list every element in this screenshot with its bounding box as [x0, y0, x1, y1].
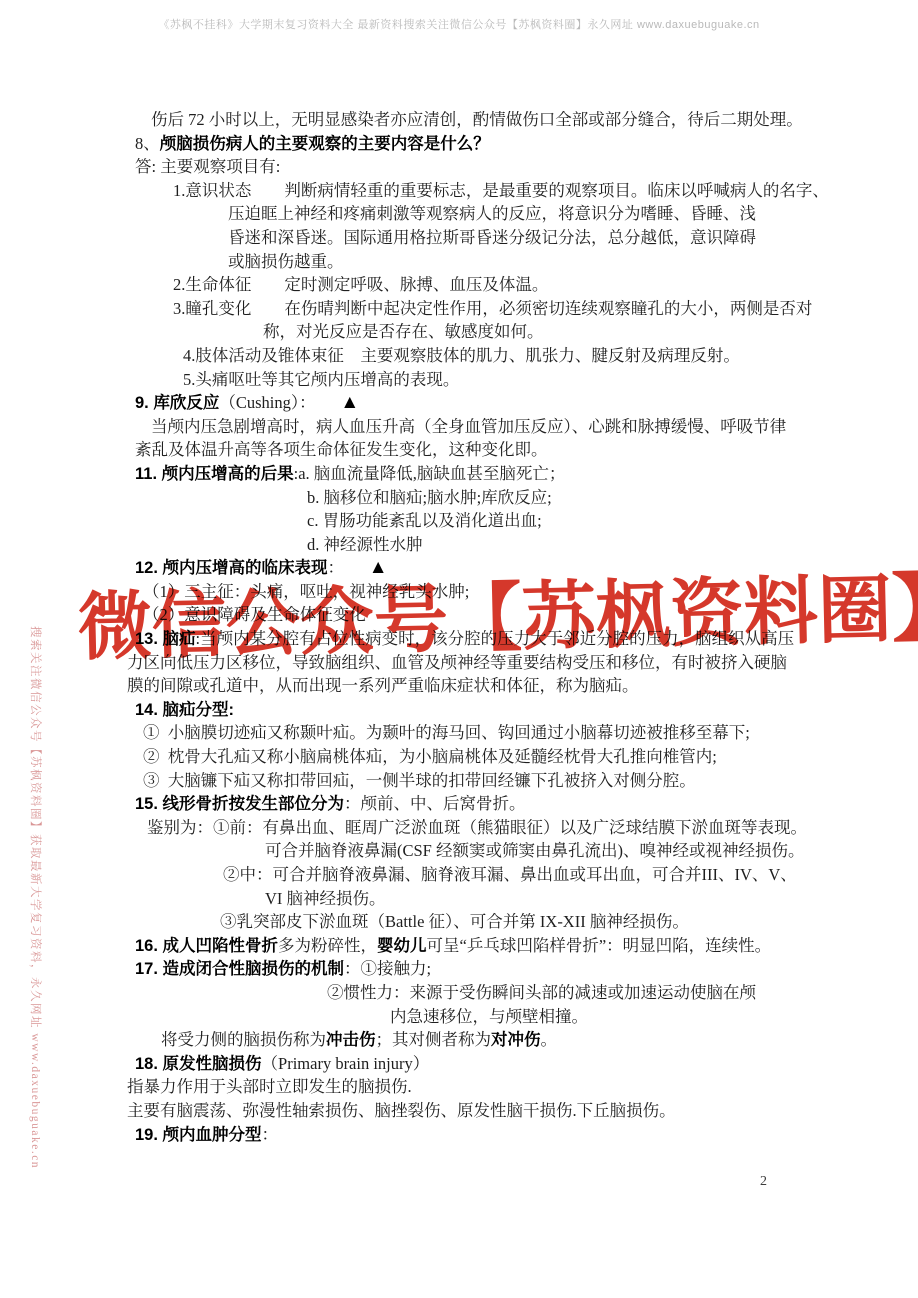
triangle-marker: ▲: [369, 557, 388, 578]
text-segment: 17. 造成闭合性脑损伤的机制: [135, 960, 344, 978]
document-line: 伤后 72 小时以上，无明显感染者亦应清创，酌情做伤口全部或部分缝合，待后二期处…: [151, 108, 835, 132]
document-line: ① 小脑膜切迹疝又称颞叶疝。为颞叶的海马回、钩回通过小脑幕切迹被推移至幕下;: [143, 721, 835, 745]
text-segment: 婴幼儿: [377, 937, 427, 955]
center-red-watermark: 微信公众号【苏枫资料圈】: [77, 572, 918, 666]
document-line: 3.瞳孔变化 在伤晴判断中起决定性作用，必须密切连续观察瞳孔的大小，两侧是否对: [173, 297, 835, 321]
document-line: 16. 成人凹陷性骨折多为粉碎性，婴幼儿可呈“乒乓球凹陷样骨折”：明显凹陷，连续…: [135, 934, 835, 958]
document-line: ②中：可合并脑脊液鼻漏、脑脊液耳漏、鼻出血或耳出血，可合并III、IV、V、: [223, 863, 835, 887]
text-segment: 14. 脑疝分型:: [135, 701, 234, 719]
text-segment: VI 脑神经损伤。: [265, 889, 386, 908]
text-segment: 12. 颅内压增高的临床表现: [135, 559, 328, 577]
text-segment: d. 神经源性水肿: [307, 535, 423, 554]
document-line: 5.头痛呕吐等其它颅内压增高的表现。: [183, 368, 835, 392]
text-segment: 16. 成人凹陷性骨折: [135, 937, 278, 955]
text-segment: 19. 颅内血肿分型: [135, 1126, 262, 1144]
document-line: 4.肢体活动及锥体束征 主要观察肢体的肌力、肌张力、腱反射及病理反射。: [183, 344, 835, 368]
document-line: 17. 造成闭合性脑损伤的机制：①接触力;: [135, 957, 835, 981]
text-segment: ② 枕骨大孔疝又称小脑扁桃体疝，为小脑扁桃体及延髓经枕骨大孔推向椎管内;: [143, 747, 717, 766]
document-line: 可合并脑脊液鼻漏(CSF 经额窦或筛窦由鼻孔流出)、嗅神经或视神经损伤。: [265, 839, 835, 863]
text-segment: 1.意识状态 判断病情轻重的重要标志，是最重要的观察项目。临床以呼喊病人的名字、: [173, 181, 829, 200]
text-segment: 2.生命体征 定时测定呼吸、脉搏、血压及体温。: [173, 275, 548, 294]
text-segment: 或脑损伤越重。: [228, 252, 344, 271]
document-line: 或脑损伤越重。: [228, 250, 835, 274]
text-segment: ：: [262, 1125, 279, 1144]
text-segment: c. 胃肠功能紊乱以及消化道出血;: [307, 511, 542, 530]
text-segment: 可合并脑脊液鼻漏(CSF 经额窦或筛窦由鼻孔流出)、嗅神经或视神经损伤。: [265, 841, 804, 860]
text-segment: 15. 线形骨折按发生部位分为: [135, 795, 344, 813]
text-segment: b. 脑移位和脑疝;脑水肿;库欣反应;: [307, 488, 552, 507]
document-line: 2.生命体征 定时测定呼吸、脉搏、血压及体温。: [173, 273, 835, 297]
text-segment: ：①接触力;: [344, 959, 431, 978]
text-segment: 冲击伤: [326, 1031, 376, 1049]
document-line: 9. 库欣反应（Cushing）： ▲: [135, 391, 835, 415]
text-segment: ③乳突部皮下淤血斑（Battle 征）、可合并第 IX-XII 脑神经损伤。: [220, 912, 689, 931]
document-line: 18. 原发性脑损伤（Primary brain injury）: [135, 1052, 835, 1076]
document-line: 膜的间隙或孔道中，从而出现一系列严重临床症状和体征，称为脑疝。: [127, 674, 835, 698]
document-line: ③ 大脑镰下疝又称扣带回疝，一侧半球的扣带回经镰下孔被挤入对侧分腔。: [143, 769, 835, 793]
text-segment: 5.头痛呕吐等其它颅内压增高的表现。: [183, 370, 459, 389]
text-segment: ① 小脑膜切迹疝又称颞叶疝。为颞叶的海马回、钩回通过小脑幕切迹被推移至幕下;: [143, 723, 750, 742]
text-segment: ②惯性力：来源于受伤瞬间头部的减速或加速运动使脑在颅: [327, 983, 756, 1002]
page-number: 2: [760, 1174, 767, 1190]
document-line: 14. 脑疝分型:: [135, 698, 835, 722]
document-line: d. 神经源性水肿: [307, 533, 835, 557]
text-segment: 鉴别为：①前：有鼻出血、眶周广泛淤血斑（熊猫眼征）以及广泛球结膜下淤血斑等表现。: [147, 818, 807, 837]
document-line: 称，对光反应是否存在、敏感度如何。: [263, 320, 835, 344]
document-line: b. 脑移位和脑疝;脑水肿;库欣反应;: [307, 486, 835, 510]
document-line: 鉴别为：①前：有鼻出血、眶周广泛淤血斑（熊猫眼征）以及广泛球结膜下淤血斑等表现。: [147, 816, 835, 840]
text-segment: 4.肢体活动及锥体束征 主要观察肢体的肌力、肌张力、腱反射及病理反射。: [183, 346, 740, 365]
document-page: 《苏枫不挂科》大学期末复习资料大全 最新资料搜索关注微信公众号【苏枫资料圈】永久…: [0, 0, 918, 1298]
text-segment: 指暴力作用于头部时立即发生的脑损伤.: [127, 1077, 412, 1096]
text-segment: 8、: [135, 134, 160, 153]
text-segment: （Primary brain injury）: [262, 1054, 430, 1073]
text-segment: 膜的间隙或孔道中，从而出现一系列严重临床症状和体征，称为脑疝。: [127, 676, 639, 695]
text-segment: 称，对光反应是否存在、敏感度如何。: [263, 322, 544, 341]
text-segment: ；其对侧者称为: [376, 1030, 492, 1049]
text-segment: 多为粉碎性，: [278, 936, 377, 955]
text-segment: ：: [328, 558, 369, 577]
document-line: ② 枕骨大孔疝又称小脑扁桃体疝，为小脑扁桃体及延髓经枕骨大孔推向椎管内;: [143, 745, 835, 769]
document-line: VI 脑神经损伤。: [265, 887, 835, 911]
document-line: c. 胃肠功能紊乱以及消化道出血;: [307, 509, 835, 533]
text-segment: 内急速移位，与颅壁相撞。: [390, 1007, 588, 1026]
document-line: 主要有脑震荡、弥漫性轴索损伤、脑挫裂伤、原发性脑干损伤.下丘脑损伤。: [127, 1099, 835, 1123]
text-segment: ：颅前、中、后窝骨折。: [344, 794, 526, 813]
text-segment: 主要有脑震荡、弥漫性轴索损伤、脑挫裂伤、原发性脑干损伤.下丘脑损伤。: [127, 1101, 676, 1120]
text-segment: ②中：可合并脑脊液鼻漏、脑脊液耳漏、鼻出血或耳出血，可合并III、IV、V、: [223, 865, 797, 884]
document-line: 1.意识状态 判断病情轻重的重要标志，是最重要的观察项目。临床以呼喊病人的名字、: [173, 179, 835, 203]
triangle-marker: ▲: [340, 392, 359, 413]
text-segment: 颅脑损伤病人的主要观察的主要内容是什么？: [160, 135, 490, 153]
text-segment: 可呈“乒乓球凹陷样骨折”：明显凹陷，连续性。: [427, 936, 772, 955]
document-line: 15. 线形骨折按发生部位分为：颅前、中、后窝骨折。: [135, 792, 835, 816]
document-line: 紊乱及体温升高等各项生命体征发生变化，这种变化即。: [135, 438, 835, 462]
page-header-watermark-text: 《苏枫不挂科》大学期末复习资料大全 最新资料搜索关注微信公众号【苏枫资料圈】永久…: [0, 16, 918, 32]
text-segment: 紊乱及体温升高等各项生命体征发生变化，这种变化即。: [135, 440, 548, 459]
text-segment: 昏迷和深昏迷。国际通用格拉斯哥昏迷分级记分法，总分越低，意识障碍: [228, 228, 756, 247]
document-line: 19. 颅内血肿分型：: [135, 1123, 835, 1147]
text-segment: 对冲伤: [491, 1031, 541, 1049]
document-line: 昏迷和深昏迷。国际通用格拉斯哥昏迷分级记分法，总分越低，意识障碍: [228, 226, 835, 250]
text-segment: 18. 原发性脑损伤: [135, 1055, 262, 1073]
document-line: 指暴力作用于头部时立即发生的脑损伤.: [127, 1075, 835, 1099]
text-segment: 压迫眶上神经和疼痛刺激等观察病人的反应，将意识分为嗜睡、昏睡、浅: [228, 204, 756, 223]
document-line: ③乳突部皮下淤血斑（Battle 征）、可合并第 IX-XII 脑神经损伤。: [220, 910, 835, 934]
document-line: 8、颅脑损伤病人的主要观察的主要内容是什么？: [135, 132, 835, 156]
text-segment: 9. 库欣反应: [135, 394, 219, 412]
text-segment: 11. 颅内压增高的后果: [135, 465, 294, 483]
document-line: ②惯性力：来源于受伤瞬间头部的减速或加速运动使脑在颅: [327, 981, 835, 1005]
document-line: 内急速移位，与颅壁相撞。: [390, 1005, 835, 1029]
text-segment: 将受力侧的脑损伤称为: [161, 1030, 326, 1049]
document-line: 当颅内压急剧增高时，病人血压升高（全身血管加压反应）、心跳和脉搏缓慢、呼吸节律: [151, 415, 835, 439]
document-line: 答: 主要观察项目有:: [135, 155, 835, 179]
document-line: 压迫眶上神经和疼痛刺激等观察病人的反应，将意识分为嗜睡、昏睡、浅: [228, 202, 835, 226]
text-segment: 答: 主要观察项目有:: [135, 157, 280, 176]
left-vertical-watermark: 搜索关注微信公众号【苏枫资料圈】获取最新大学复习资料，永久网址 www.daxu…: [28, 626, 44, 1169]
text-segment: 3.瞳孔变化 在伤晴判断中起决定性作用，必须密切连续观察瞳孔的大小，两侧是否对: [173, 299, 812, 318]
document-line: 11. 颅内压增高的后果:a. 脑血流量降低,脑缺血甚至脑死亡；: [135, 462, 835, 486]
text-segment: （Cushing）：: [219, 393, 340, 412]
text-segment: 当颅内压急剧增高时，病人血压升高（全身血管加压反应）、心跳和脉搏缓慢、呼吸节律: [151, 417, 786, 436]
text-segment: 伤后 72 小时以上，无明显感染者亦应清创，酌情做伤口全部或部分缝合，待后二期处…: [151, 110, 803, 129]
document-line: 将受力侧的脑损伤称为冲击伤；其对侧者称为对冲伤。: [161, 1028, 835, 1052]
text-segment: 。: [541, 1030, 558, 1049]
text-segment: :a. 脑血流量降低,脑缺血甚至脑死亡；: [294, 464, 566, 483]
text-segment: ③ 大脑镰下疝又称扣带回疝，一侧半球的扣带回经镰下孔被挤入对侧分腔。: [143, 771, 696, 790]
